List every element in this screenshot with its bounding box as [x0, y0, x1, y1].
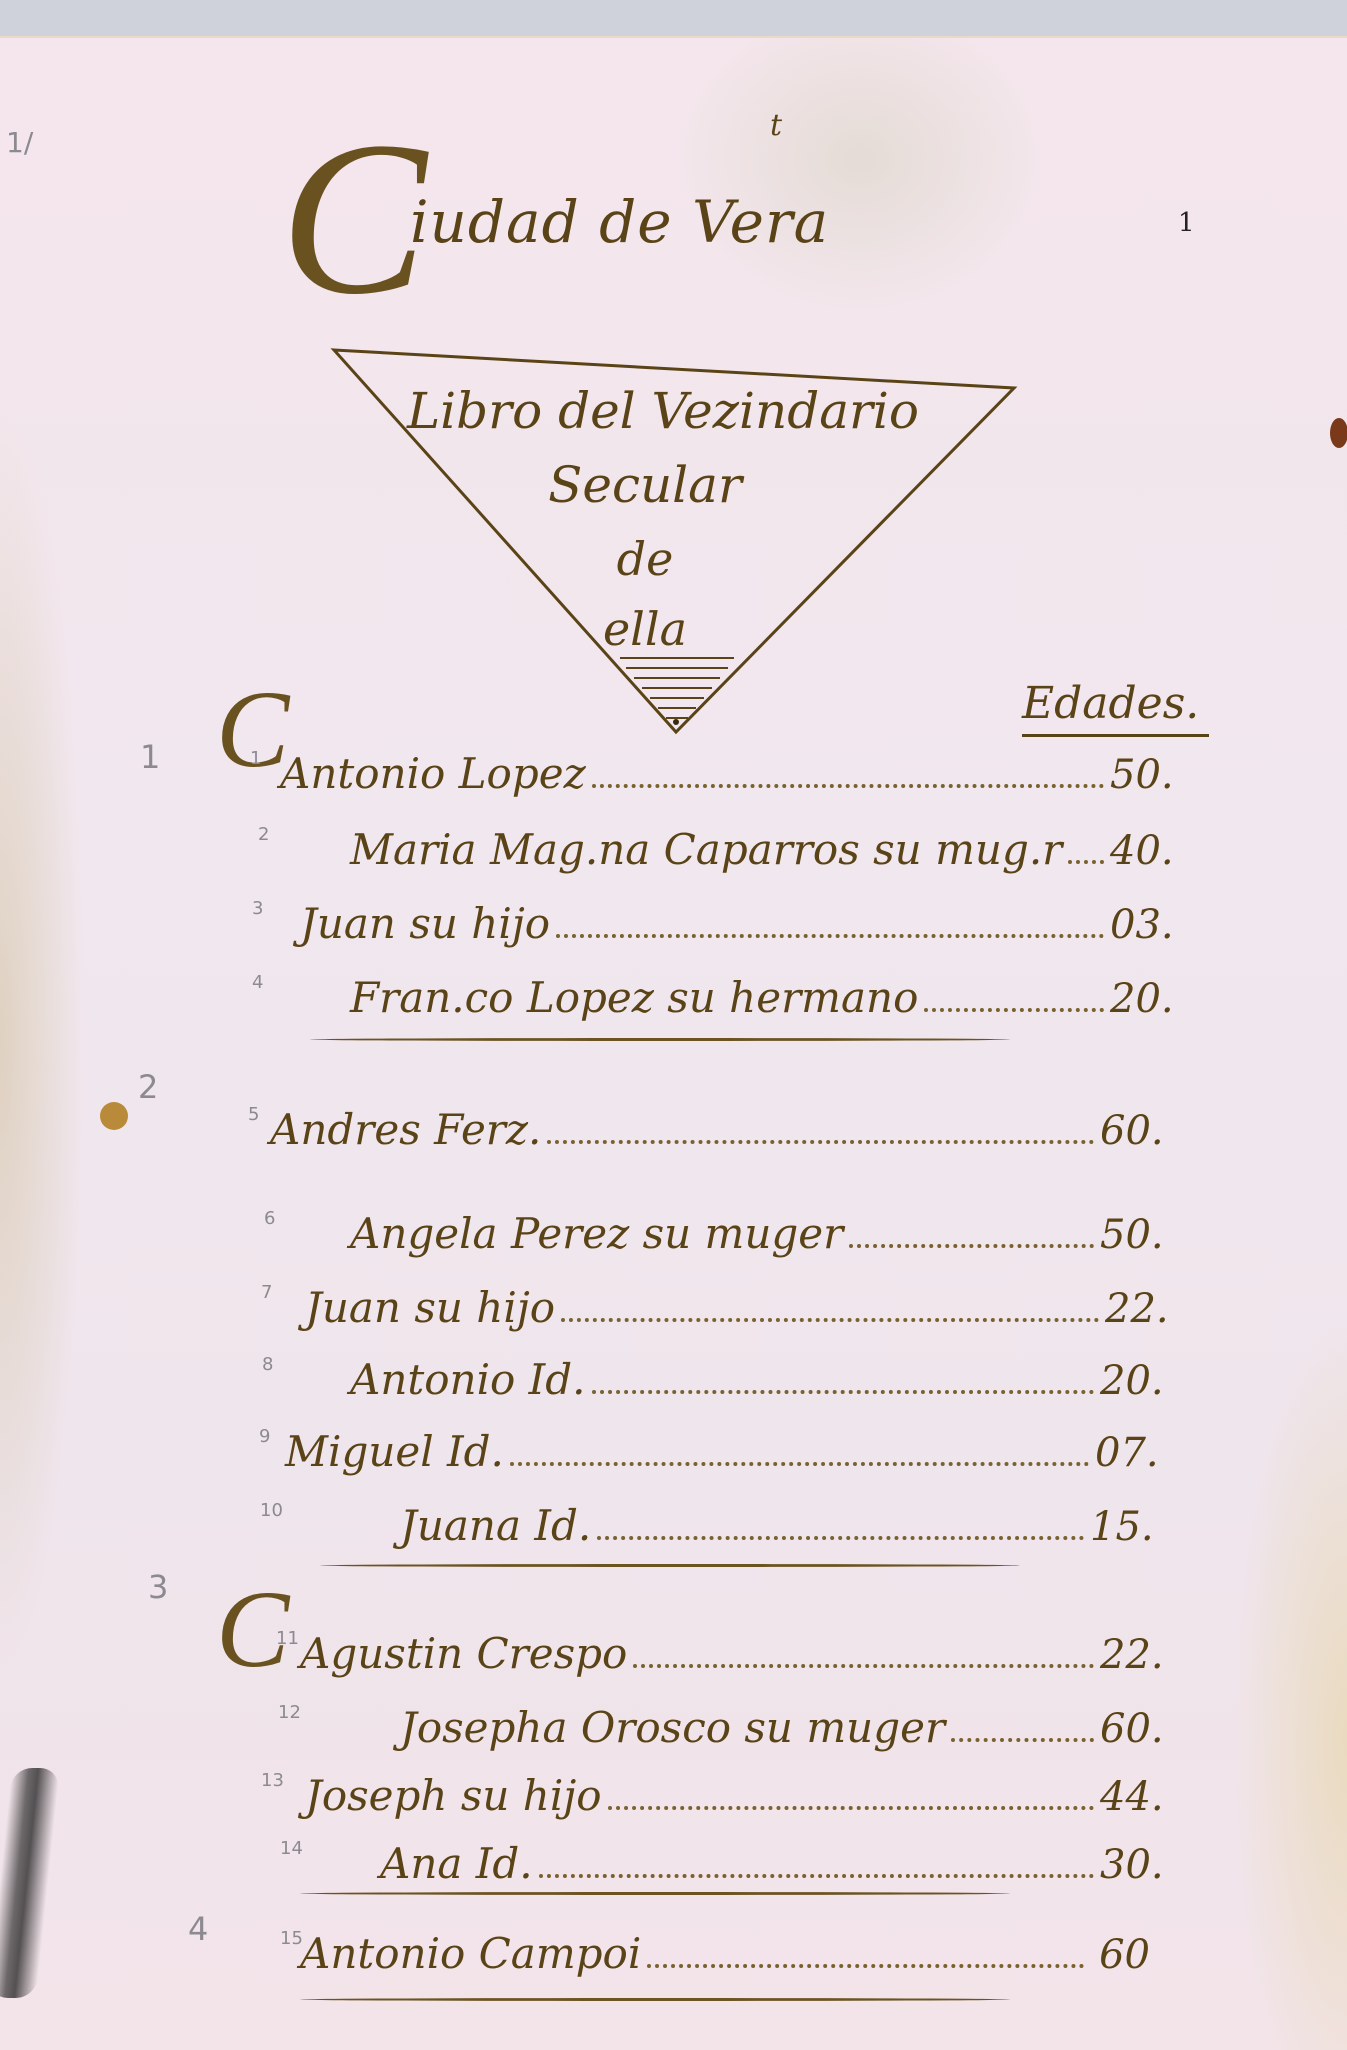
entry-age: 30. [1100, 1842, 1160, 1888]
triangle-line-4: ella [300, 602, 990, 656]
title-triangle: Libro del Vezindario Secular de ella [330, 346, 1020, 736]
list-item: 4 Fran.co Lopez su hermano 20. [350, 962, 1170, 1022]
entry-index: 9 [259, 1426, 270, 1447]
entry-name: Angela Perez su muger [350, 1209, 843, 1258]
entry-age: 50. [1100, 1212, 1160, 1258]
page-title: C iudad de Vera [290, 188, 829, 256]
manuscript-page: 1/ t 1 C iudad de Vera Libro del Vezinda… [0, 36, 1347, 2048]
list-item: 14 Ana Id. 30. [380, 1828, 1160, 1888]
entry-index: 5 [248, 1104, 259, 1125]
entry-index: 3 [252, 898, 263, 919]
title-initial: C [280, 108, 428, 328]
triangle-line-3: de [300, 532, 990, 586]
entry-index: 10 [260, 1500, 283, 1521]
dot-leader [561, 1318, 1099, 1322]
entry-age: 20. [1110, 976, 1170, 1022]
entry-index: 4 [252, 972, 263, 993]
entry-age: 22. [1100, 1632, 1160, 1678]
household-number: 3 [148, 1568, 168, 1606]
entry-age: 20. [1100, 1358, 1160, 1404]
dot-leader [924, 1008, 1104, 1012]
pencil-smudge [0, 1768, 60, 1998]
ages-column-header: Edades. [1022, 678, 1199, 729]
entry-age: 22. [1105, 1286, 1165, 1332]
entry-name: Antonio Id. [350, 1355, 586, 1404]
list-item: 1 Antonio Lopez 50. [280, 738, 1170, 798]
entry-name: Josepha Orosco su muger [400, 1703, 945, 1752]
list-item: 15 Antonio Campoi 60 [300, 1918, 1150, 1978]
triangle-line-2: Secular [300, 456, 990, 514]
entry-index: 15 [280, 1928, 303, 1949]
entry-name: Miguel Id. [285, 1427, 504, 1476]
entry-name: Andres Ferz. [270, 1105, 541, 1154]
list-item: 5 Andres Ferz. 60. [270, 1094, 1160, 1154]
household-number: 4 [188, 1910, 208, 1948]
corner-mark: 1/ [6, 126, 33, 159]
entry-name: Joseph su hijo [305, 1771, 602, 1820]
dot-leader [849, 1244, 1094, 1248]
entry-age: 60. [1100, 1706, 1160, 1752]
list-item: 7 Juan su hijo 22. [305, 1272, 1165, 1332]
list-item: 6 Angela Perez su muger 50. [350, 1198, 1160, 1258]
household-divider [300, 1998, 1010, 2001]
entry-index: 8 [262, 1354, 273, 1375]
entry-name: Juan su hijo [305, 1283, 555, 1332]
list-item: 8 Antonio Id. 20. [350, 1344, 1160, 1404]
entry-index: 6 [264, 1208, 275, 1229]
entry-age: 44. [1100, 1774, 1160, 1820]
dot-leader [510, 1462, 1089, 1466]
entry-age: 07. [1095, 1430, 1155, 1476]
entry-index: 13 [261, 1770, 284, 1791]
top-mark: t [770, 108, 782, 143]
entry-name: Juana Id. [400, 1501, 591, 1550]
folio-number: 1 [1178, 208, 1195, 238]
entry-name: Antonio Lopez [280, 749, 586, 798]
entry-name: Juan su hijo [300, 899, 550, 948]
household-divider [310, 1038, 1010, 1041]
entry-name: Fran.co Lopez su hermano [350, 973, 918, 1022]
dot-leader [556, 934, 1104, 938]
dot-leader [592, 1390, 1095, 1394]
entry-index: 2 [258, 824, 269, 845]
list-item: 3 Juan su hijo 03. [300, 888, 1170, 948]
entry-age: 50. [1110, 752, 1170, 798]
entry-age: 03. [1110, 902, 1170, 948]
dot-leader [633, 1664, 1094, 1668]
list-item: 9 Miguel Id. 07. [285, 1416, 1155, 1476]
dot-leader [1068, 860, 1104, 864]
household-number: 1 [140, 738, 160, 776]
entry-index: 14 [280, 1838, 303, 1859]
entry-age: 15. [1090, 1504, 1150, 1550]
dot-leader [647, 1964, 1084, 1968]
entry-index: 7 [261, 1282, 272, 1303]
dot-leader [597, 1536, 1084, 1540]
household-divider [300, 1892, 1010, 1895]
dot-leader [608, 1806, 1094, 1810]
entry-name: Maria Mag.na Caparros su mug.r [350, 825, 1062, 874]
household-divider [320, 1564, 1020, 1567]
entry-name: Antonio Campoi [300, 1929, 641, 1978]
dot-leader [539, 1874, 1094, 1878]
entry-index: 12 [278, 1702, 301, 1723]
entry-name: Ana Id. [380, 1839, 533, 1888]
entry-index: 1 [250, 748, 261, 769]
list-item: 11 Agustin Crespo 22. [300, 1618, 1160, 1678]
list-item: 2 Maria Mag.na Caparros su mug.r 40. [350, 814, 1170, 874]
list-item: 10 Juana Id. 15. [400, 1490, 1150, 1550]
title-text: iudad de Vera [410, 188, 829, 256]
dot-leader [592, 784, 1104, 788]
dot-leader [547, 1140, 1094, 1144]
entry-age: 40. [1110, 828, 1170, 874]
entry-age: 60 [1090, 1932, 1150, 1978]
edge-stain [1330, 418, 1347, 448]
dot-leader [951, 1738, 1094, 1742]
entry-age: 60. [1100, 1108, 1160, 1154]
household-number: 2 [138, 1068, 158, 1106]
entry-name: Agustin Crespo [300, 1629, 627, 1678]
list-item: 13 Joseph su hijo 44. [305, 1760, 1160, 1820]
triangle-line-1: Libro del Vezindario [318, 382, 1008, 440]
entry-index: 11 [276, 1628, 299, 1649]
ink-stain [100, 1102, 128, 1130]
list-item: 12 Josepha Orosco su muger 60. [400, 1692, 1160, 1752]
